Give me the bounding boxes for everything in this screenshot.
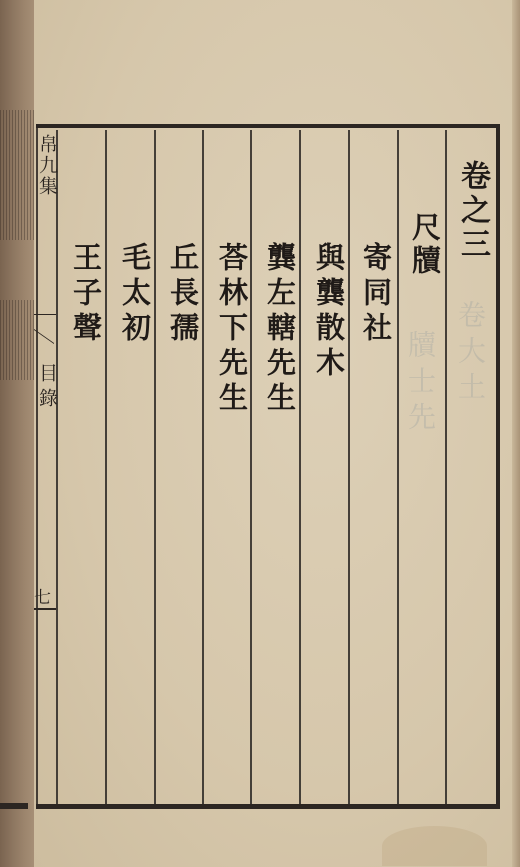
toc-entry: 寄同社 xyxy=(356,242,397,347)
toc-entry: 龔左轄先生 xyxy=(260,242,301,417)
column-divider xyxy=(202,130,204,804)
toc-entry: 毛太初 xyxy=(115,242,156,347)
column-divider xyxy=(105,130,107,804)
toc-entry: 與龔散木 xyxy=(309,242,350,382)
toc-entry: 丘長孺 xyxy=(163,242,204,347)
toc-entry: 荅林下先生 xyxy=(212,242,253,417)
volume-heading: 卷之三 xyxy=(450,160,494,262)
page-right-edge xyxy=(512,0,520,867)
adjacent-frame-line xyxy=(0,803,28,809)
spine-ink-bleed xyxy=(0,110,34,240)
page-number-divider xyxy=(34,608,56,610)
column-divider xyxy=(299,130,301,804)
fish-tail-mark xyxy=(34,314,56,331)
column-divider xyxy=(397,130,399,804)
water-stain xyxy=(382,826,487,866)
column-divider xyxy=(154,130,156,804)
category-heading: 尺牘 xyxy=(405,212,446,278)
frame-top-border xyxy=(36,124,500,128)
frame-right-border xyxy=(496,124,500,809)
column-divider xyxy=(348,130,350,804)
section-label: 目錄 xyxy=(34,363,61,413)
bleed-through-text: 牘士先 xyxy=(400,330,440,438)
column-divider xyxy=(56,130,58,804)
toc-entry: 王子聲 xyxy=(66,242,107,347)
bleed-through-text: 卷大土 xyxy=(450,300,490,408)
book-title: 帛九集 xyxy=(34,134,61,197)
book-page: 卷大土 牘士先 帛九集 目錄 七 卷之三 尺牘 寄同社 與龔散木 龔左轄先生 荅… xyxy=(0,0,520,867)
center-fold-column: 帛九集 目錄 七 xyxy=(34,128,56,804)
frame-bottom-border xyxy=(36,804,500,809)
column-divider xyxy=(250,130,252,804)
page-number: 七 xyxy=(34,583,51,608)
spine-ink-bleed xyxy=(0,300,34,380)
